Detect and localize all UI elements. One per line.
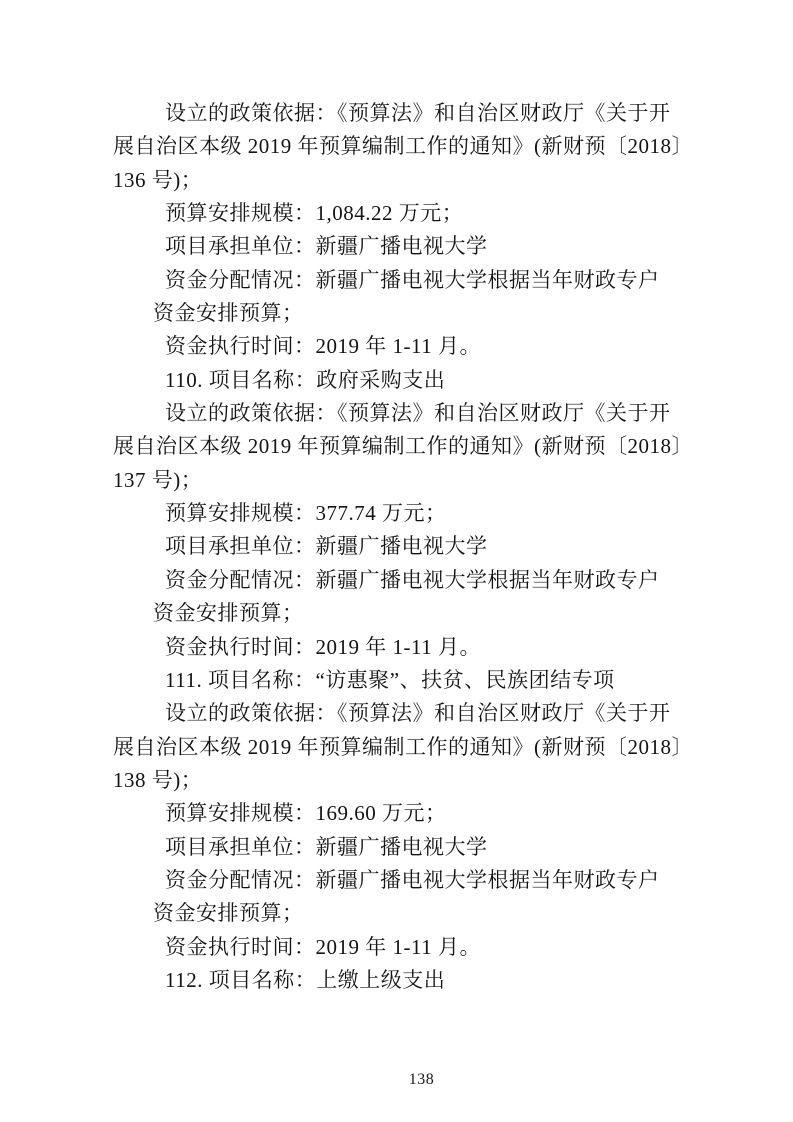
text-line: 资金分配情况：新疆广播电视大学根据当年财政专户	[113, 264, 679, 297]
text-line: 资金分配情况：新疆广播电视大学根据当年财政专户	[113, 564, 679, 597]
text-line: 110. 项目名称：政府采购支出	[113, 364, 679, 397]
text-line: 设立的政策依据：《预算法》和自治区财政厅《关于开	[113, 397, 679, 430]
text-line: 项目承担单位：新疆广播电视大学	[113, 230, 679, 263]
text-line: 设立的政策依据：《预算法》和自治区财政厅《关于开	[113, 697, 679, 730]
text-line: 项目承担单位：新疆广播电视大学	[113, 530, 679, 563]
text-line: 资金安排预算；	[113, 897, 679, 930]
text-line: 展自治区本级 2019 年预算编制工作的通知》(新财预〔2018〕	[113, 130, 679, 163]
text-line: 资金安排预算；	[113, 597, 679, 630]
text-line: 项目承担单位：新疆广播电视大学	[113, 831, 679, 864]
page-number: 138	[0, 1071, 793, 1089]
text-line: 136 号)；	[113, 164, 679, 197]
text-line: 111. 项目名称：“访惠聚”、扶贫、民族团结专项	[113, 664, 679, 697]
text-line: 137 号)；	[113, 464, 679, 497]
body-text: 设立的政策依据：《预算法》和自治区财政厅《关于开展自治区本级 2019 年预算编…	[113, 97, 679, 997]
text-line: 展自治区本级 2019 年预算编制工作的通知》(新财预〔2018〕	[113, 430, 679, 463]
text-line: 预算安排规模：1,084.22 万元；	[113, 197, 679, 230]
text-line: 设立的政策依据：《预算法》和自治区财政厅《关于开	[113, 97, 679, 130]
text-line: 展自治区本级 2019 年预算编制工作的通知》(新财预〔2018〕	[113, 731, 679, 764]
text-line: 预算安排规模：377.74 万元；	[113, 497, 679, 530]
text-line: 预算安排规模：169.60 万元；	[113, 797, 679, 830]
text-line: 资金执行时间：2019 年 1-11 月。	[113, 330, 679, 363]
text-line: 资金执行时间：2019 年 1-11 月。	[113, 631, 679, 664]
text-line: 资金安排预算；	[113, 297, 679, 330]
document-page: 设立的政策依据：《预算法》和自治区财政厅《关于开展自治区本级 2019 年预算编…	[0, 0, 793, 1122]
text-line: 138 号)；	[113, 764, 679, 797]
text-line: 资金分配情况：新疆广播电视大学根据当年财政专户	[113, 864, 679, 897]
text-line: 112. 项目名称：上缴上级支出	[113, 964, 679, 997]
text-line: 资金执行时间：2019 年 1-11 月。	[113, 931, 679, 964]
